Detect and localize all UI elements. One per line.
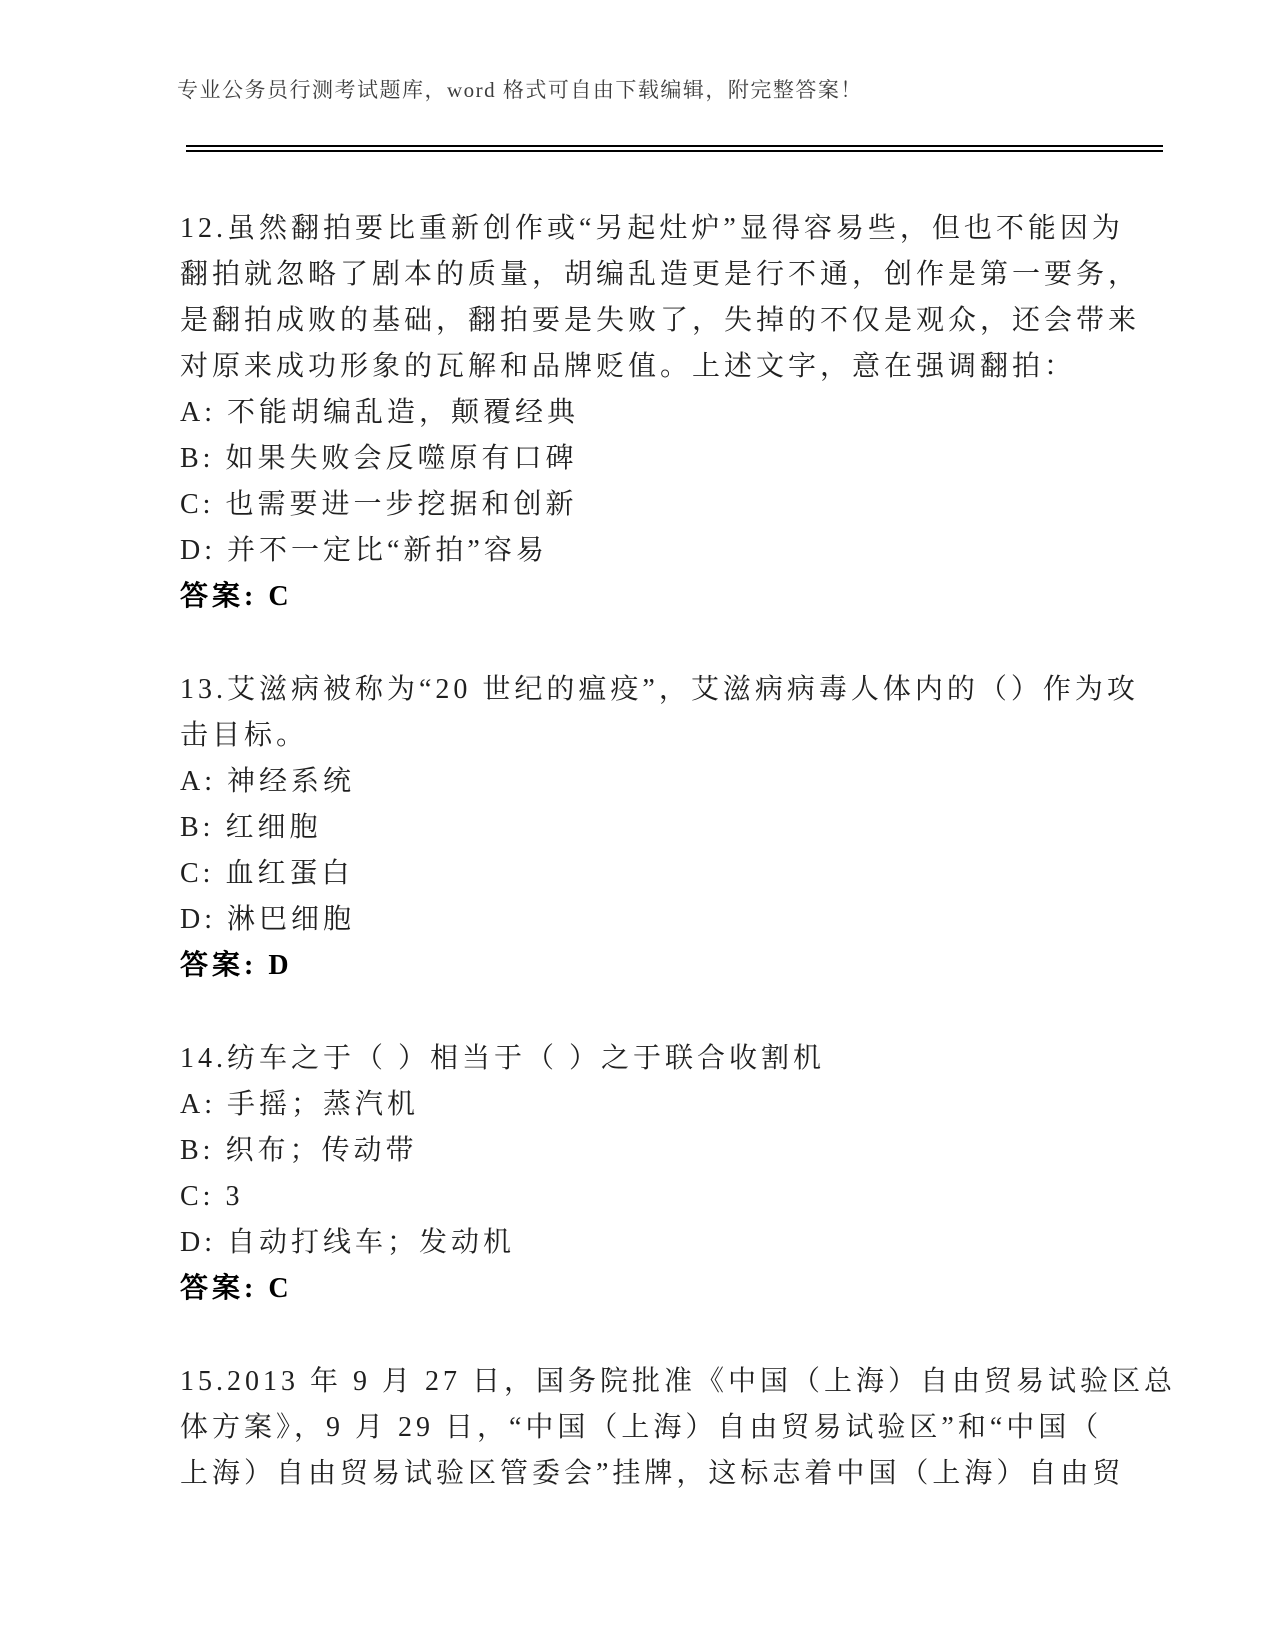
question-13-option-b: B: 红细胞 — [180, 805, 1200, 851]
question-12-stem-line-3: 是翻拍成败的基础，翻拍要是失败了，失掉的不仅是观众，还会带来 — [180, 298, 1200, 344]
question-15-stem-line-2: 体方案》，9 月 29 日，“中国（上海）自由贸易试验区”和“中国（ — [180, 1405, 1200, 1451]
question-13-stem-line-2: 击目标。 — [180, 713, 1200, 759]
question-14-option-c: C: 3 — [180, 1174, 1200, 1220]
question-12-option-c: C: 也需要进一步挖据和创新 — [180, 482, 1200, 528]
question-block-13: 13.艾滋病被称为“20 世纪的瘟疫”，艾滋病病毒人体内的（）作为攻 击目标。 … — [180, 667, 1200, 989]
question-14-option-a: A: 手摇；蒸汽机 — [180, 1082, 1200, 1128]
question-15-stem-line-1: 15.2013 年 9 月 27 日，国务院批准《中国（上海）自由贸易试验区总 — [180, 1359, 1200, 1405]
question-14-answer: 答案: C — [180, 1266, 1200, 1312]
question-14-option-d: D: 自动打线车；发动机 — [180, 1220, 1200, 1266]
question-13-answer: 答案: D — [180, 943, 1200, 989]
question-13-option-c: C: 血红蛋白 — [180, 851, 1200, 897]
question-12-option-a: A: 不能胡编乱造，颠覆经典 — [180, 390, 1200, 436]
question-12-option-d: D: 并不一定比“新拍”容易 — [180, 528, 1200, 574]
question-14-option-b: B: 织布；传动带 — [180, 1128, 1200, 1174]
question-14-stem-line-1: 14.纺车之于（ ）相当于（ ）之于联合收割机 — [180, 1036, 1200, 1082]
question-block-14: 14.纺车之于（ ）相当于（ ）之于联合收割机 A: 手摇；蒸汽机 B: 织布；… — [180, 1036, 1200, 1312]
question-12-option-b: B: 如果失败会反噬原有口碑 — [180, 436, 1200, 482]
question-12-stem-line-4: 对原来成功形象的瓦解和品牌贬值。上述文字，意在强调翻拍： — [180, 344, 1200, 390]
header-double-rule — [186, 145, 1163, 152]
question-15-stem-line-3: 上海）自由贸易试验区管委会”挂牌，这标志着中国（上海）自由贸 — [180, 1451, 1200, 1497]
question-13-option-d: D: 淋巴细胞 — [180, 897, 1200, 943]
question-12-answer: 答案: C — [180, 574, 1200, 620]
question-12-stem-line-2: 翻拍就忽略了剧本的质量，胡编乱造更是行不通，创作是第一要务， — [180, 252, 1200, 298]
questions-area: 12.虽然翻拍要比重新创作或“另起灶炉”显得容易些，但也不能因为 翻拍就忽略了剧… — [180, 206, 1200, 1544]
question-13-option-a: A: 神经系统 — [180, 759, 1200, 805]
question-13-stem-line-1: 13.艾滋病被称为“20 世纪的瘟疫”，艾滋病病毒人体内的（）作为攻 — [180, 667, 1200, 713]
document-page: 专业公务员行测考试题库，word 格式可自由下载编辑，附完整答案！ 12.虽然翻… — [0, 0, 1275, 1650]
question-12-stem-line-1: 12.虽然翻拍要比重新创作或“另起灶炉”显得容易些，但也不能因为 — [180, 206, 1200, 252]
question-block-15: 15.2013 年 9 月 27 日，国务院批准《中国（上海）自由贸易试验区总 … — [180, 1359, 1200, 1497]
page-header-text: 专业公务员行测考试题库，word 格式可自由下载编辑，附完整答案！ — [177, 74, 863, 104]
question-block-12: 12.虽然翻拍要比重新创作或“另起灶炉”显得容易些，但也不能因为 翻拍就忽略了剧… — [180, 206, 1200, 620]
